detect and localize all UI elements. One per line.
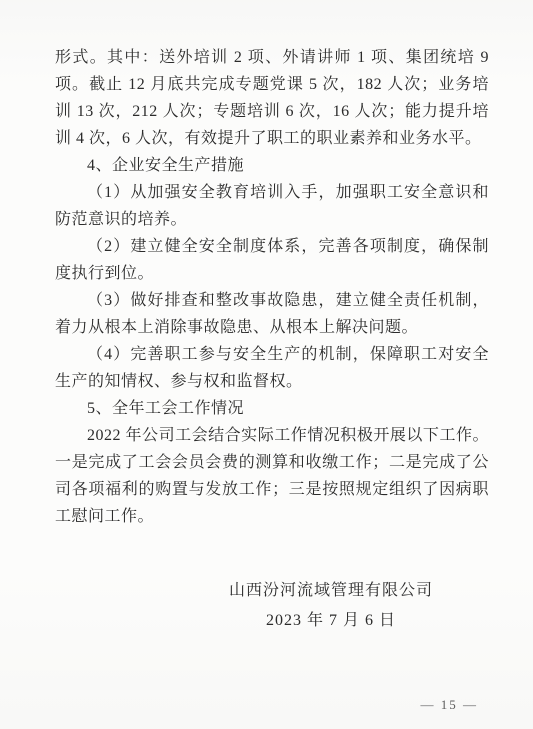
paragraph-item-1: （1）从加强安全教育培训入手，加强职工安全意识和防范意识的培养。 xyxy=(55,179,489,233)
paragraph-item-4: （4）完善职工参与安全生产的机制，保障职工对安全生产的知情权、参与权和监督权。 xyxy=(55,341,489,395)
document-body: 形式。其中：送外培训 2 项、外请讲师 1 项、集团统培 9 项。截止 12 月… xyxy=(0,0,533,636)
paragraph-item-2: （2）建立健全安全制度体系，完善各项制度，确保制度执行到位。 xyxy=(55,233,489,287)
signature-block: 山西汾河流域管理有限公司 2023 年 7 月 6 日 xyxy=(229,576,433,636)
paragraph-union-work: 2022 年公司工会结合实际工作情况积极开展以下工作。一是完成了工会会员会费的测… xyxy=(55,422,489,530)
section-heading-4: 4、企业安全生产措施 xyxy=(55,152,489,179)
signature-company: 山西汾河流域管理有限公司 xyxy=(229,576,433,606)
paragraph-item-3: （3）做好排查和整改事故隐患，建立健全责任机制，着力从根本上消除事故隐患、从根本… xyxy=(55,287,489,341)
paragraph-continuation: 形式。其中：送外培训 2 项、外请讲师 1 项、集团统培 9 项。截止 12 月… xyxy=(55,44,489,152)
page-number: — 15 — xyxy=(421,697,479,713)
section-heading-5: 5、全年工会工作情况 xyxy=(55,395,489,422)
document-page: 形式。其中：送外培训 2 项、外请讲师 1 项、集团统培 9 项。截止 12 月… xyxy=(0,0,533,729)
signature-date: 2023 年 7 月 6 日 xyxy=(229,606,433,636)
